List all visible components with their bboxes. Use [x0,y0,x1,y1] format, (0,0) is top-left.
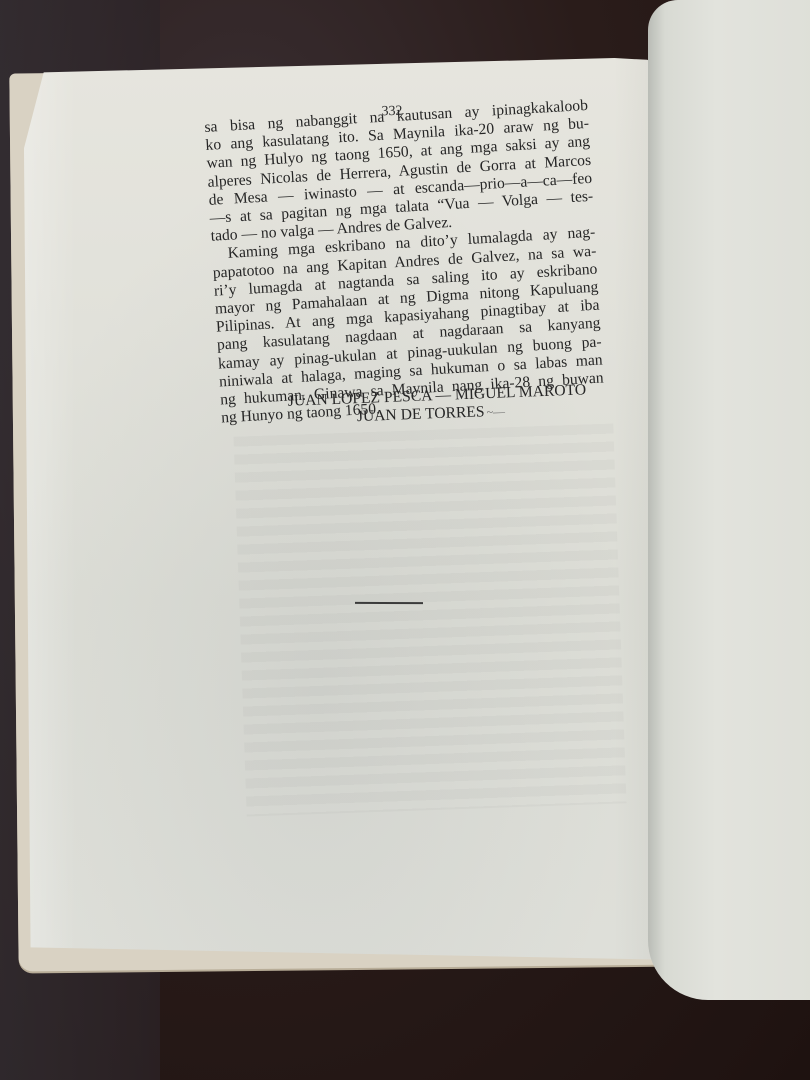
right-book-page-curled [648,0,810,1000]
pen-mark: ~— [486,404,505,419]
body-text: sa bisa ng nabanggit na kautusan ay ipin… [204,97,605,428]
section-separator-rule [355,602,423,604]
paragraph-1: sa bisa ng nabanggit na kautusan ay ipin… [204,97,595,246]
signature-name: JUAN DE TORRES [357,403,485,425]
show-through-text [233,423,626,816]
